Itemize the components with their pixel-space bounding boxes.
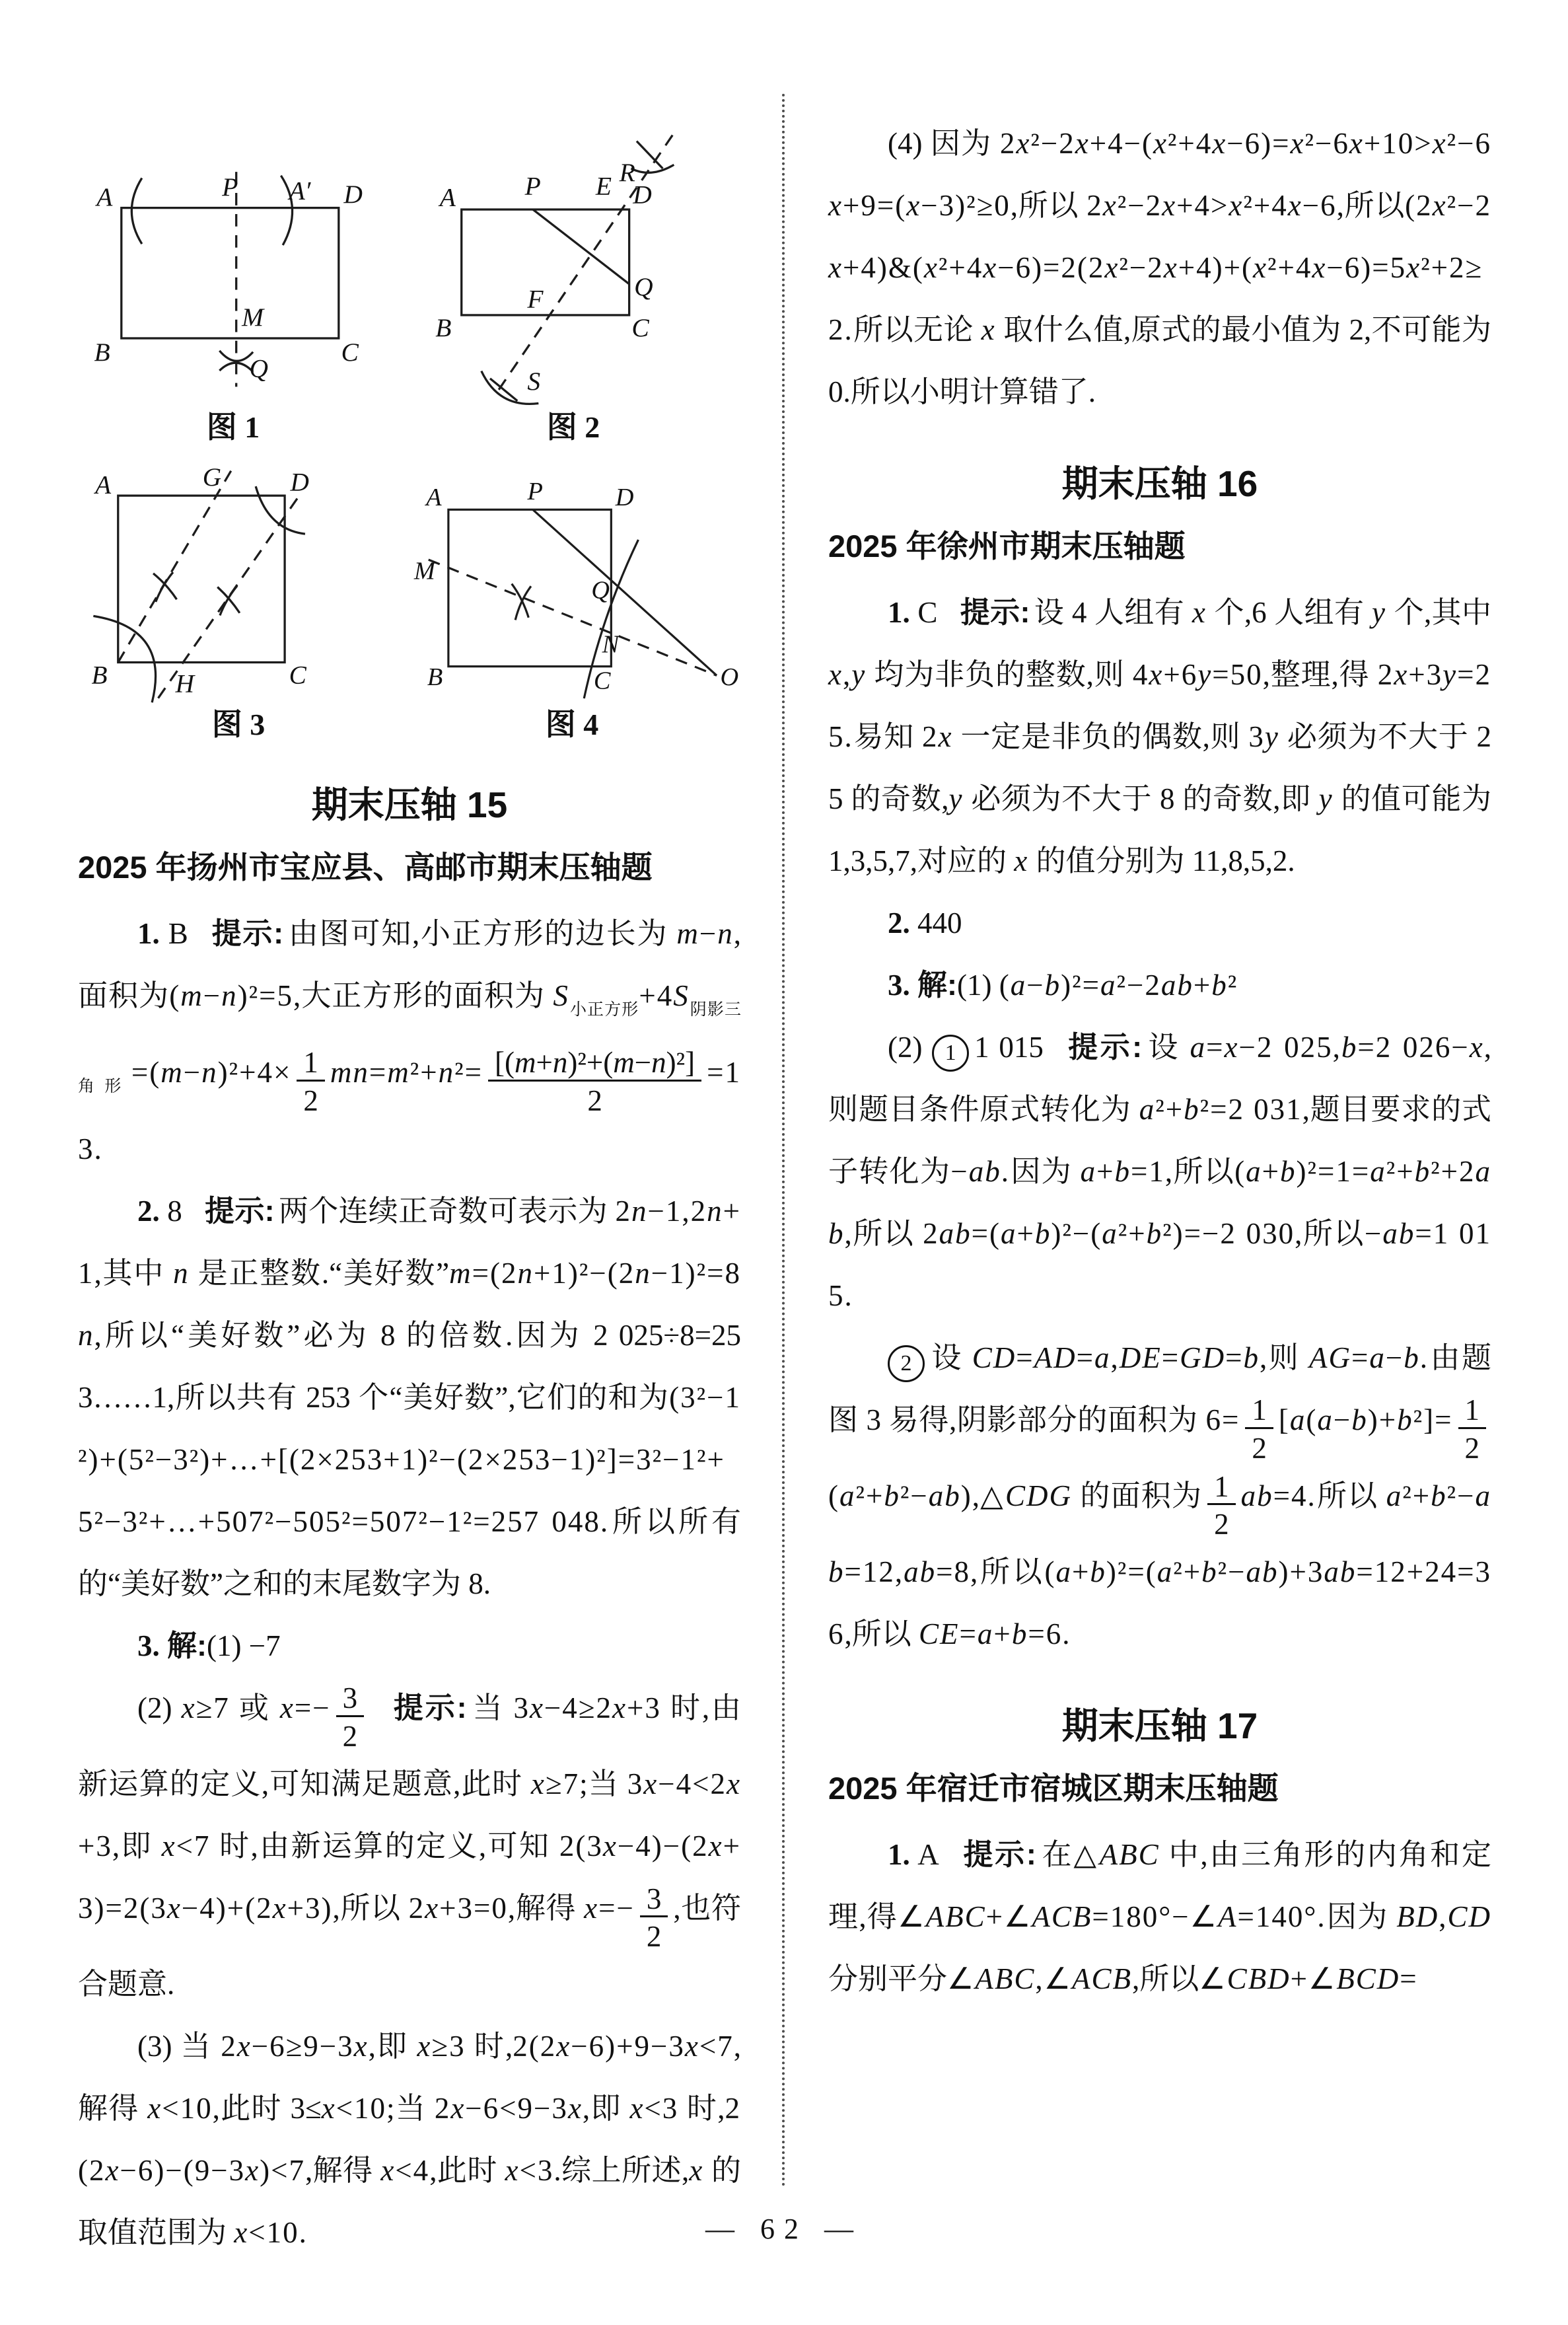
fig3-arc-at-B [93,616,155,702]
fig3-label-C: C [289,661,307,689]
fig4-line-PO [533,509,717,675]
fig3-cross-mark-2 [217,586,240,616]
section-title-16: 期末压轴 16 [828,460,1491,507]
fig1-label-B: B [94,338,110,367]
answer-1-paragraph: 1. B提示:由图可知,小正方形的边长为 m−n,面积为(m−n)²=5,大正方… [78,903,741,1180]
fig1-label-D: D [343,180,363,209]
answer-16-3-1-paragraph: 3. 解:(1) (a−b)²=a²−2ab+b² [828,954,1491,1016]
fig1-rect [122,208,339,338]
answer-16-3-2-paragraph: (2) 11 015提示:设 a=x−2 025,b=2 026−x,则题目条件… [828,1016,1491,1327]
right-column: (4) 因为 2x²−2x+4−(x²+4x−6)=x²−6x+10>x²−6x… [828,112,1491,2010]
fig4-label-B: B [427,663,443,691]
answer-3-1-paragraph: 3. 解:(1) −7 [78,1615,741,1677]
fig3-caption: 图 3 [78,706,399,744]
page-number: — 62 — [0,2209,1568,2249]
fig2-label-P: P [524,171,541,200]
fig1-construction-diagram: A P A′ D B M Q C [78,144,388,408]
fig4-label-D: D [615,484,634,511]
answer-16-2-paragraph: 2. 440 [828,892,1491,954]
subsection-title-16: 2025 年徐州市期末压轴题 [828,525,1491,568]
figure-row-2: A G D B H C 图 3 [78,459,741,744]
fig2-label-C: C [631,313,649,342]
section-title-15: 期末压轴 15 [78,781,741,829]
fig1-label-A-prime: A′ [287,176,312,205]
fig4-label-Q: Q [591,577,610,605]
figure-3: A G D B H C 图 3 [78,459,399,744]
fig4-label-P: P [526,478,542,505]
fig4-construction-diagram: A P D M Q N B C O [403,470,741,706]
fig3-label-H: H [175,669,196,698]
subsection-title-15: 2025 年扬州市宝应县、高邮市期末压轴题 [78,846,741,889]
fig1-label-M: M [241,303,265,332]
fig1-arc-left [131,178,142,244]
fig2-caption: 图 2 [406,408,741,447]
left-column: A P A′ D B M Q C 图 1 [78,116,741,2264]
fig3-label-G: G [203,463,221,492]
section-title-17: 期末压轴 17 [828,1702,1491,1750]
fig2-label-E: E [595,171,612,200]
column-divider [782,94,785,2188]
fig2-label-R: R [619,158,635,187]
fig2-construction-diagram: A P E D R Q F B C S [406,116,741,408]
fig4-label-N: N [602,631,621,659]
fig3-label-D: D [290,468,309,497]
fig1-label-C: C [341,338,359,367]
answer-3-2-paragraph: (2) x≥7 或 x=−32提示:当 3x−4≥2x+3 时,由新运算的定义,… [78,1677,741,2015]
fig3-cross-mark-1 [153,572,177,602]
fig4-label-M: M [413,557,437,585]
fig4-label-O: O [721,663,739,691]
fig2-rect [462,209,629,315]
figure-4: A P D M Q N B C O 图 4 [403,470,741,744]
fig1-caption: 图 1 [78,408,388,447]
answer-16-1-paragraph: 1. C提示:设 4 人组有 x 个,6 人组有 y 个,其中 x,y 均为非负… [828,581,1491,892]
fig2-label-B: B [435,313,451,342]
fig1-label-Q: Q [249,353,268,383]
figure-1: A P A′ D B M Q C 图 1 [78,144,388,447]
fig4-caption: 图 4 [403,706,741,744]
fig2-cross-mark-R [631,141,674,173]
answer-page: A P A′ D B M Q C 图 1 [0,0,1568,2325]
fig2-label-A: A [438,182,456,211]
fig4-label-A: A [424,484,442,511]
answer-16-3-2b-paragraph: 2设 CD=AD=a,DE=GD=b,则 AG=a−b.由题图 3 易得,阴影部… [828,1327,1491,1665]
answer-2-paragraph: 2. 8提示:两个连续正奇数可表示为 2n−1,2n+1,其中 n 是正整数.“… [78,1180,741,1615]
fig4-dashed-MO [429,560,717,675]
fig2-label-S: S [527,367,540,396]
figure-2: A P E D R Q F B C S 图 2 [406,116,741,447]
fig2-line-PQ [533,209,629,284]
subsection-title-17: 2025 年宿迁市宿城区期末压轴题 [828,1767,1491,1810]
fig1-label-P: P [221,172,238,202]
answer-17-1-paragraph: 1. A提示:在△ABC 中,由三角形的内角和定理,得∠ABC+∠ACB=180… [828,1824,1491,2010]
fig2-label-F: F [526,285,544,314]
figure-row-1: A P A′ D B M Q C 图 1 [78,116,741,447]
fig4-cross-mark [512,584,531,620]
fig3-label-A: A [93,470,112,499]
fig3-label-B: B [92,661,108,689]
fig2-label-Q: Q [634,272,653,301]
fig3-construction-diagram: A G D B H C [78,459,399,706]
fig4-label-C: C [594,667,611,694]
answer-3-4-paragraph: (4) 因为 2x²−2x+4−(x²+4x−6)=x²−6x+10>x²−6x… [828,112,1491,423]
fig1-label-A: A [94,182,113,211]
